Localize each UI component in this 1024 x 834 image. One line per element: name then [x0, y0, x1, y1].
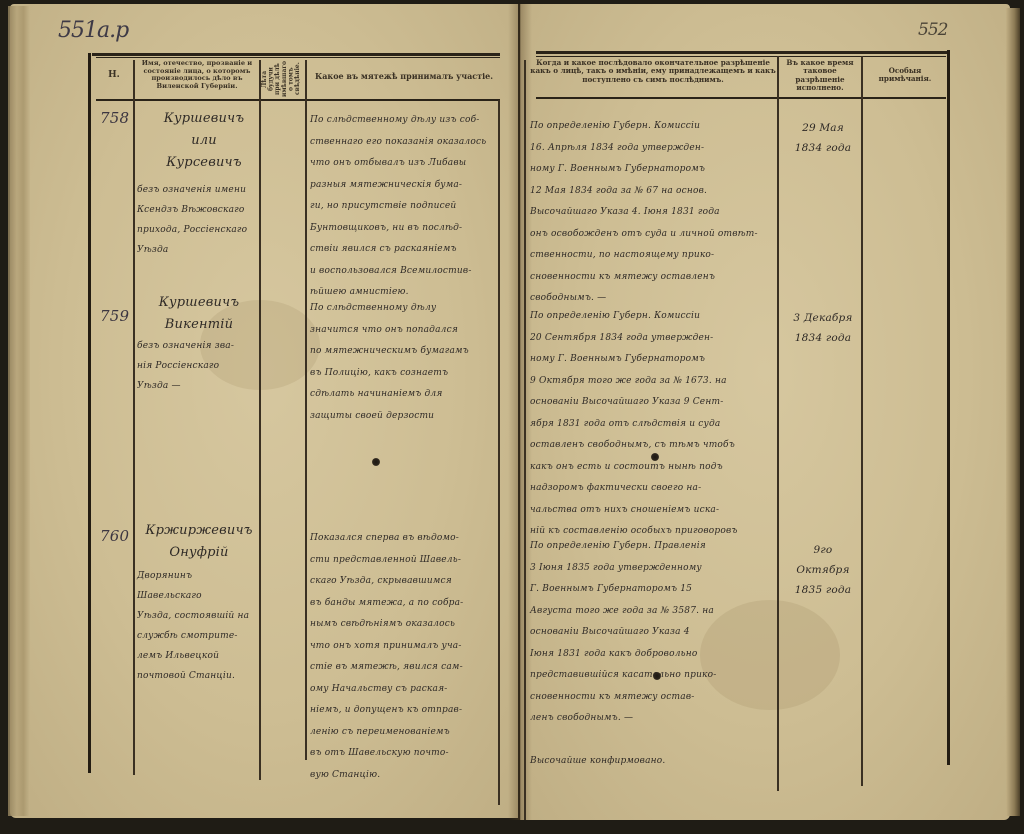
- left-col-divider: [259, 60, 261, 780]
- right-page-edge: [1006, 8, 1020, 816]
- left-outer-border: [88, 53, 91, 773]
- entry-description: безъ означенія зва-нія РоссіенскагоУѣзда…: [137, 336, 259, 396]
- entry-executed-date: 3 Декабря1834 года: [788, 308, 858, 348]
- book-spine: [508, 4, 532, 820]
- left-page-edge: [8, 6, 30, 816]
- entry-name: КуршевичъВикентій: [140, 292, 258, 336]
- entry-resolution: По определенію Губерн. Правленія3 Іюня 1…: [530, 536, 778, 773]
- entry-number: 759: [100, 306, 129, 328]
- binding-hole: [651, 453, 659, 461]
- entry-participation: По слѣдственному дѣлу изъ соб-ственнаго …: [310, 110, 502, 304]
- left-header-top-rule: [92, 53, 500, 56]
- binding-hole: [372, 458, 380, 466]
- header-executed: Въ какое время таковое разрѣшеніе исполн…: [780, 59, 860, 92]
- header-participation: Какое въ мятежѣ принималъ участіе.: [308, 72, 500, 81]
- right-inner-border: [524, 60, 526, 820]
- entry-name: КржиржевичъОнуфрій: [140, 520, 258, 564]
- header-years: Лѣта бyдyчи при дѣлѣ имѣвшагo о томъ свѣ…: [262, 60, 304, 98]
- header-notes: Особыя примѣчанія.: [864, 67, 946, 84]
- binding-hole: [653, 672, 661, 680]
- left-folio-number: 551a.p: [58, 18, 128, 43]
- entry-participation: Показался сперва въ вѣдомо-сти представл…: [310, 528, 502, 786]
- header-resolution: Когда и какое послѣдовало окончательное …: [530, 59, 776, 84]
- header-name: Имя, отечество, прозваніе и состояніе ли…: [136, 60, 258, 90]
- entry-number: 760: [100, 526, 129, 548]
- entry-executed-date: 9го Октября1835 года: [788, 540, 858, 600]
- right-col-divider: [861, 56, 863, 786]
- left-col-divider: [133, 60, 135, 775]
- header-number: Н.: [96, 70, 132, 80]
- entry-resolution: По определенію Губерн. Комиссіи20 Сентяб…: [530, 306, 778, 543]
- entry-description: безъ означенія имениКсендзъ Вѣжовскагопр…: [137, 180, 259, 260]
- entry-number: 758: [100, 108, 129, 130]
- right-header-top-rule: [536, 51, 948, 54]
- entry-description: Дворянинъ ШавельскагоУѣзда, состоявшій н…: [137, 566, 259, 686]
- right-outer-border: [947, 50, 950, 765]
- entry-executed-date: 29 Мая1834 года: [788, 118, 858, 158]
- left-header-bottom-rule: [96, 99, 500, 101]
- left-header-top-rule-thin: [96, 57, 500, 58]
- book-spread: 551a.p 552 Н. Имя, отечество, прозваніе …: [0, 0, 1024, 834]
- right-folio-number: 552: [918, 20, 947, 40]
- right-header-top-rule-thin: [536, 56, 946, 57]
- entry-participation: По слѣдственному дѣлузначится что онъ по…: [310, 298, 502, 427]
- left-col-divider: [305, 60, 307, 760]
- right-header-bottom-rule: [536, 97, 946, 99]
- entry-name: КуршевичъилиКурсевичъ: [150, 108, 258, 174]
- entry-resolution: По определенію Губерн. Комиссіи16. Апрѣл…: [530, 116, 778, 310]
